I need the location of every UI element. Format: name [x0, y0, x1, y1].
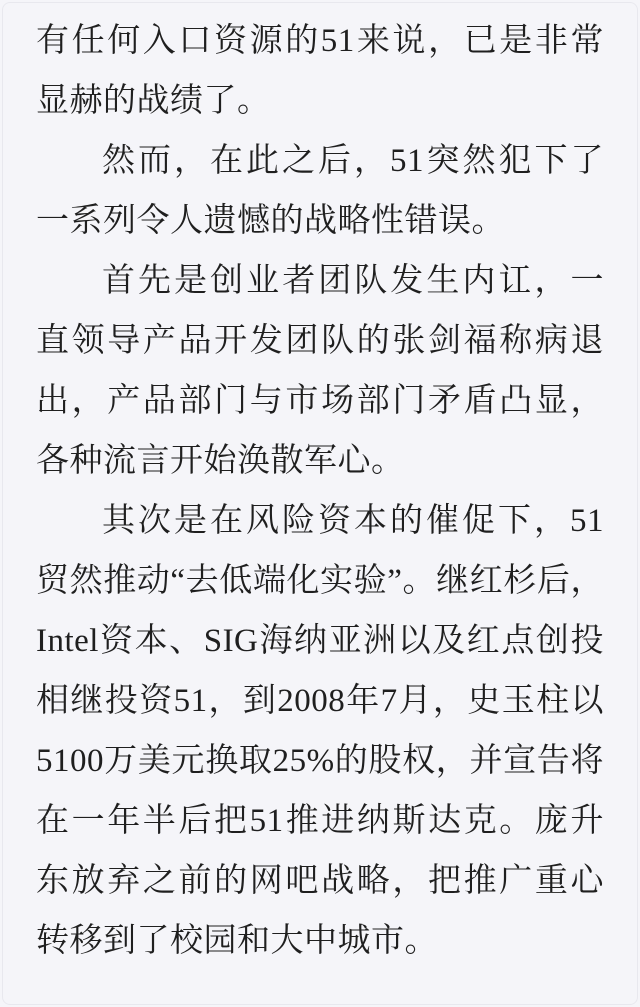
- paragraph: 然而，在此之后，51突然犯下了一系列令人遗憾的战略性错误。: [36, 131, 604, 251]
- paragraph: 其次是在风险资本的催促下，51贸然推动“去低端化实验”。继红杉后，Intel资本…: [36, 491, 604, 971]
- paragraph: 首先是创业者团队发生内讧，一直领导产品开发团队的张剑福称病退出，产品部门与市场部…: [36, 251, 604, 491]
- paragraph: 有任何入口资源的51来说，已是非常显赫的战绩了。: [36, 11, 604, 131]
- reader-page[interactable]: 有任何入口资源的51来说，已是非常显赫的战绩了。然而，在此之后，51突然犯下了一…: [0, 0, 640, 1007]
- reading-text: 有任何入口资源的51来说，已是非常显赫的战绩了。然而，在此之后，51突然犯下了一…: [36, 11, 604, 1007]
